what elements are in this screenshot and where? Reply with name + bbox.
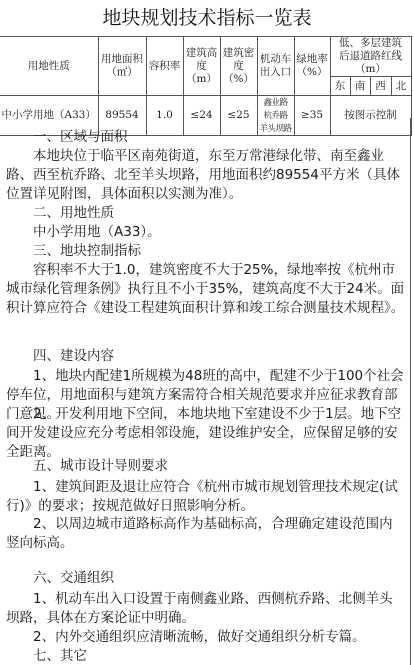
section-5-heading: 五、城市设计导则要求	[6, 457, 406, 476]
header-density-label: 建筑密度	[223, 47, 255, 72]
section-5-paragraph-2: 2、以周边城市道路标高作为基础标高，合理确定建设范围内竖向标高。	[6, 515, 406, 553]
header-height-label: 建筑高度	[186, 47, 218, 72]
section-6-paragraph-2: 2、内外交通组织应清晰流畅，做好交通组织分析专篇。	[6, 628, 406, 647]
header-green-unit: （%）	[297, 66, 328, 78]
table-header-row: 用地性质 用地面积 （㎡） 容积率 建筑高度 （m） 建筑密度 （%） 机动车出…	[0, 37, 411, 77]
section-2-paragraph: 中小学用地（A33）。	[6, 223, 406, 242]
header-far: 容积率	[146, 37, 183, 96]
header-entrance: 机动车出入口	[257, 37, 294, 96]
section-4-paragraph-2: 2、开发利用地下空间，本地块地下室建设不少于1层。地下空间开发建设应充分考虑相邻…	[6, 405, 406, 462]
section-5-paragraph-1: 1、建筑间距及退让应符合《杭州市城市规划管理技术规定(试行)》的要求；按规范做好…	[6, 478, 406, 516]
header-area-label: 用地面积	[101, 53, 143, 65]
header-area: 用地面积 （㎡）	[98, 37, 146, 96]
header-setback: 低、多层建筑 后退道路红线（m）	[330, 37, 411, 77]
header-height-unit: （m）	[186, 73, 217, 85]
entrance-road-1: 鑫业路	[263, 99, 287, 108]
header-south: 南	[350, 77, 370, 96]
section-1-heading: 一、区域与面积	[6, 128, 406, 147]
header-east: 东	[330, 77, 350, 96]
header-green-label: 绿地率	[296, 53, 328, 65]
header-land-use: 用地性质	[0, 37, 98, 96]
section-6-heading: 六、交通组织	[6, 569, 406, 588]
section-7-heading: 七、其它	[6, 647, 406, 665]
header-north: 北	[391, 77, 411, 96]
header-setback-line1: 低、多层建筑	[339, 37, 402, 49]
header-west: 西	[370, 77, 391, 96]
section-1-paragraph: 本地块位于临平区南苑街道，东至万常港绿化带、南至鑫业路、西至杭乔路、北至羊头坝路…	[6, 147, 406, 204]
header-density-unit: （%）	[223, 73, 254, 85]
header-green: 绿地率 （%）	[294, 37, 330, 96]
section-6-paragraph-1: 1、机动车出入口设置于南侧鑫业路、西侧杭乔路、北侧羊头坝路，具体在方案论证中明确…	[6, 590, 406, 628]
section-3-paragraph: 容积率不大于1.0，建筑密度不大于25%，绿地率按《杭州市城市绿化管理条例》执行…	[6, 261, 406, 318]
section-2-heading: 二、用地性质	[6, 204, 406, 223]
header-height: 建筑高度 （m）	[183, 37, 220, 96]
document-title: 地块规划技术指标一览表	[0, 4, 414, 32]
header-density: 建筑密度 （%）	[220, 37, 257, 96]
section-4-heading: 四、建设内容	[6, 347, 406, 366]
header-setback-line2: 后退道路红线（m）	[339, 50, 402, 75]
document-body: 一、区域与面积 本地块位于临平区南苑街道，东至万常港绿化带、南至鑫业路、西至杭乔…	[0, 118, 411, 665]
section-3-heading: 三、地块控制指标	[6, 242, 406, 261]
header-area-unit: （㎡）	[106, 66, 138, 78]
